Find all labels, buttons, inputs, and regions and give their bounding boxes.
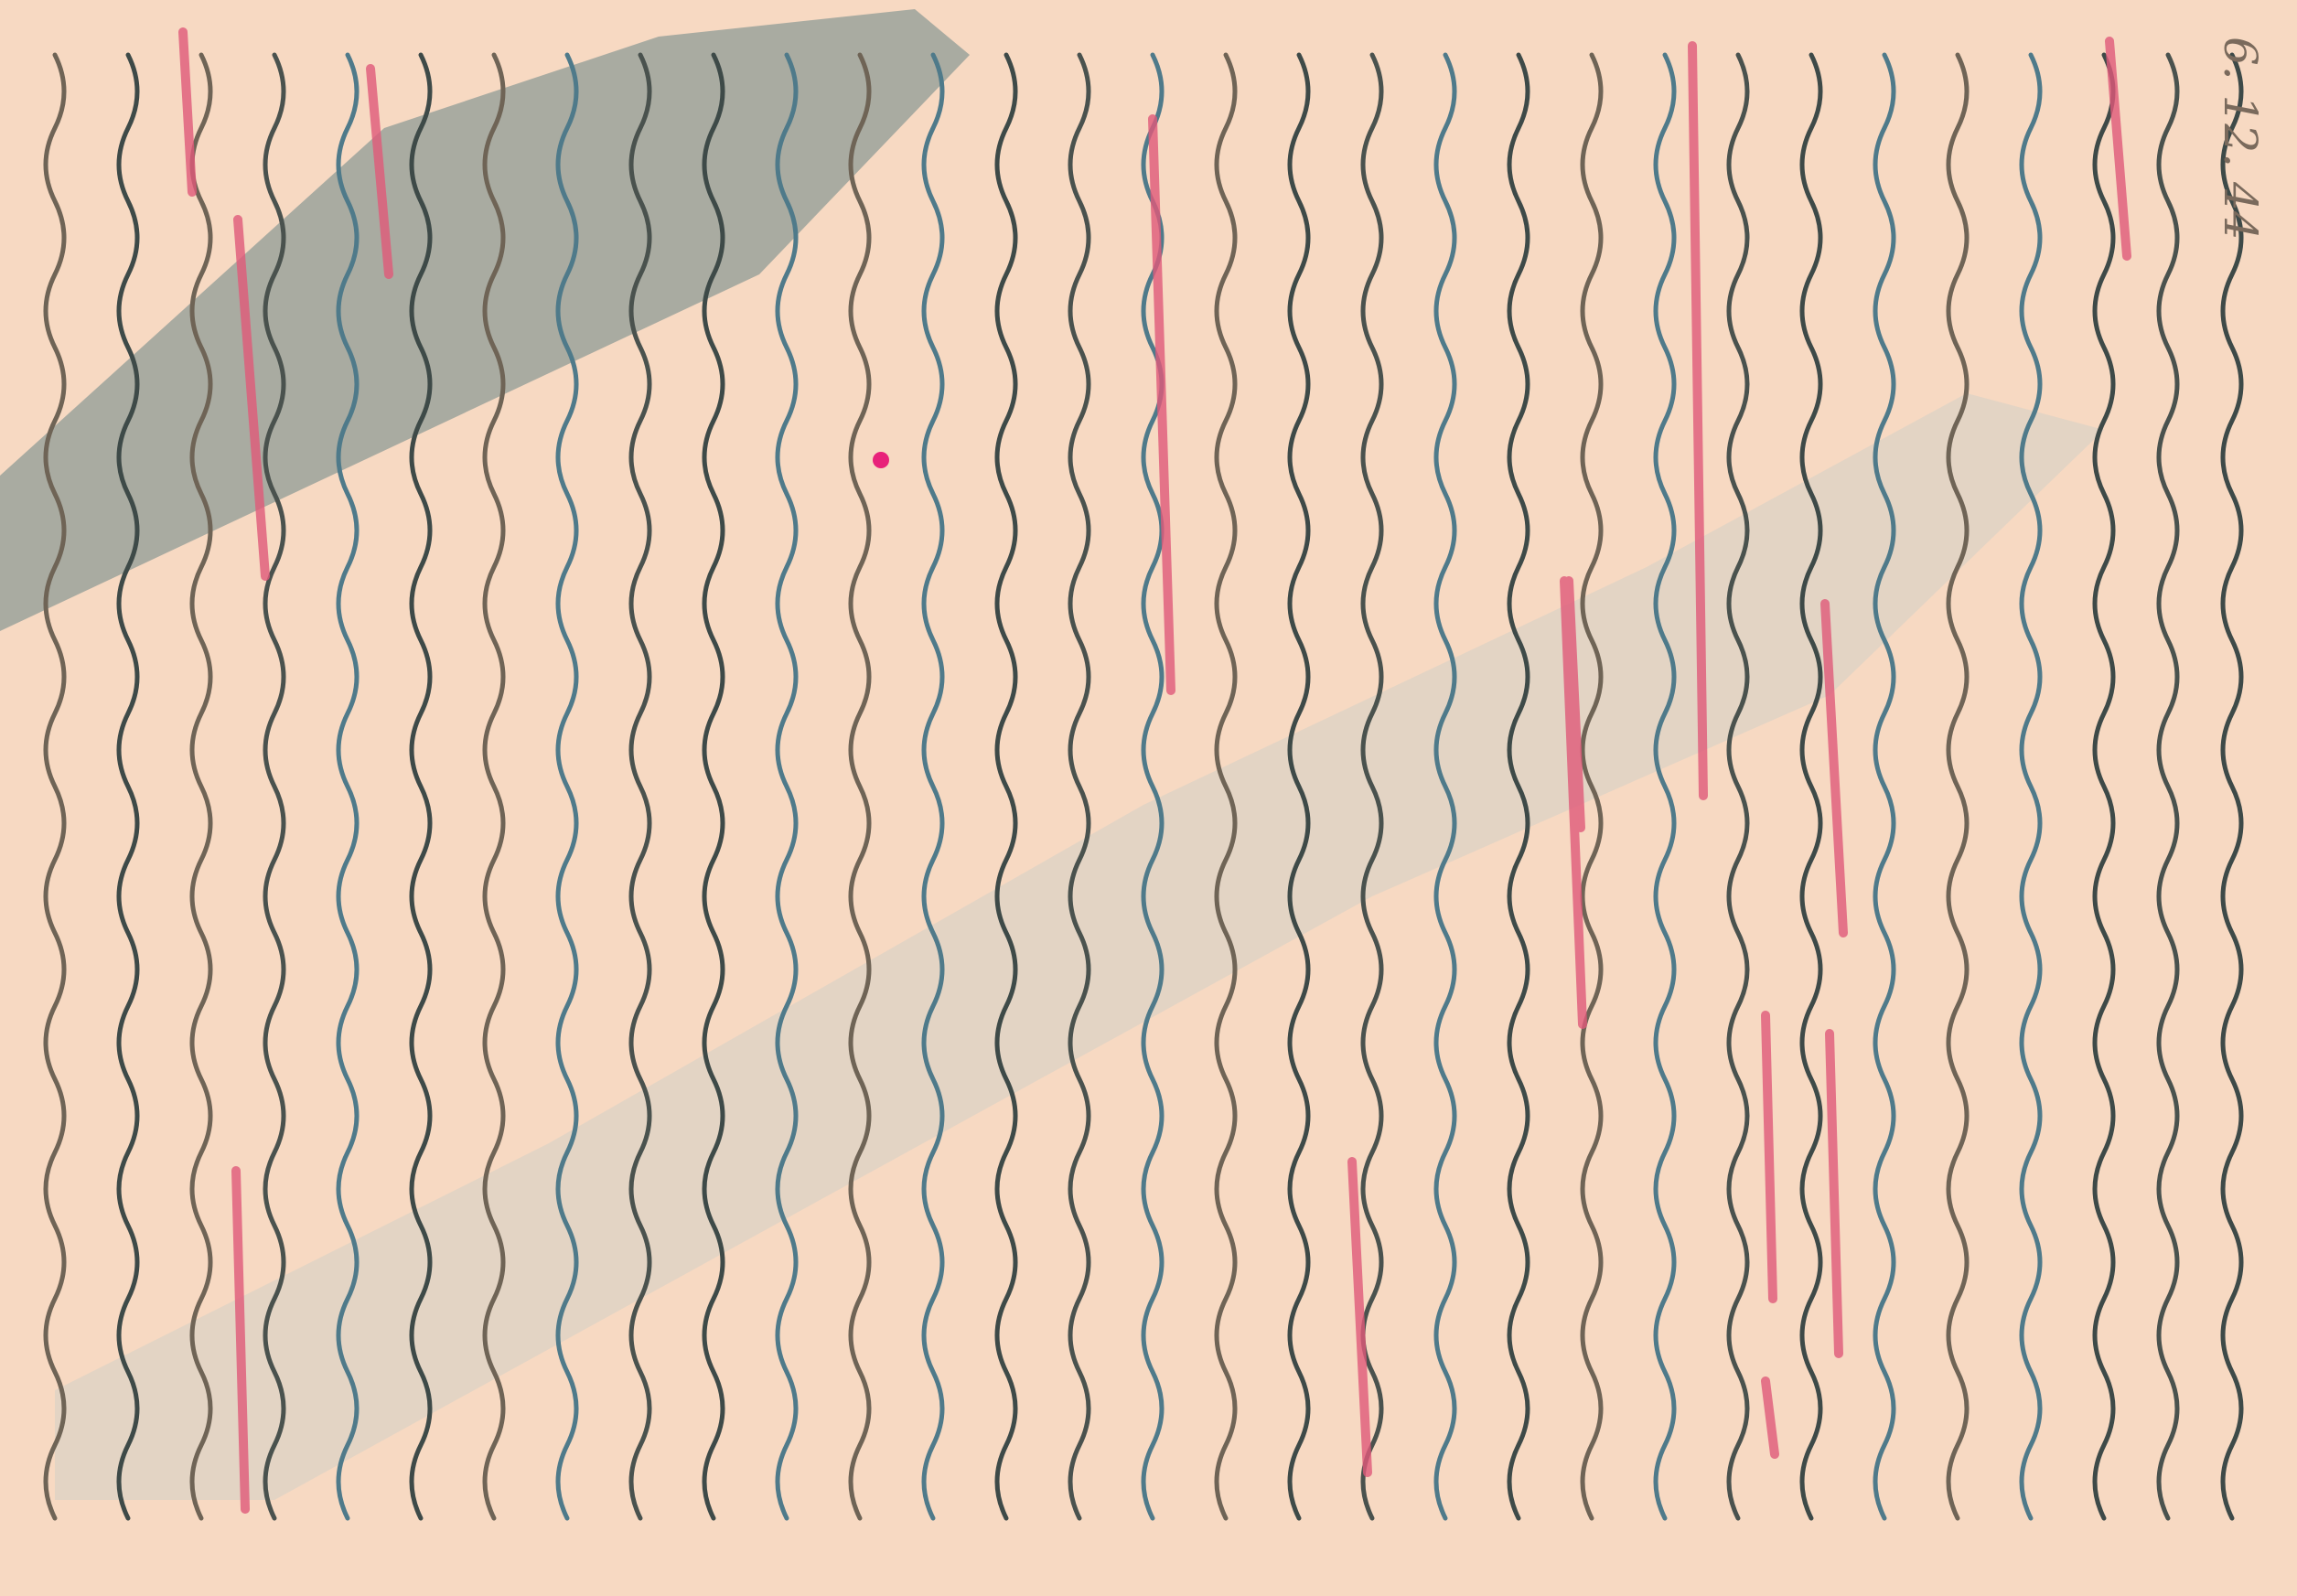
postcard-markings	[0, 0, 2297, 1596]
postcard-date: 6. 12. 44	[2214, 37, 2267, 241]
postcard: 6. 12. 44	[0, 0, 2297, 1596]
